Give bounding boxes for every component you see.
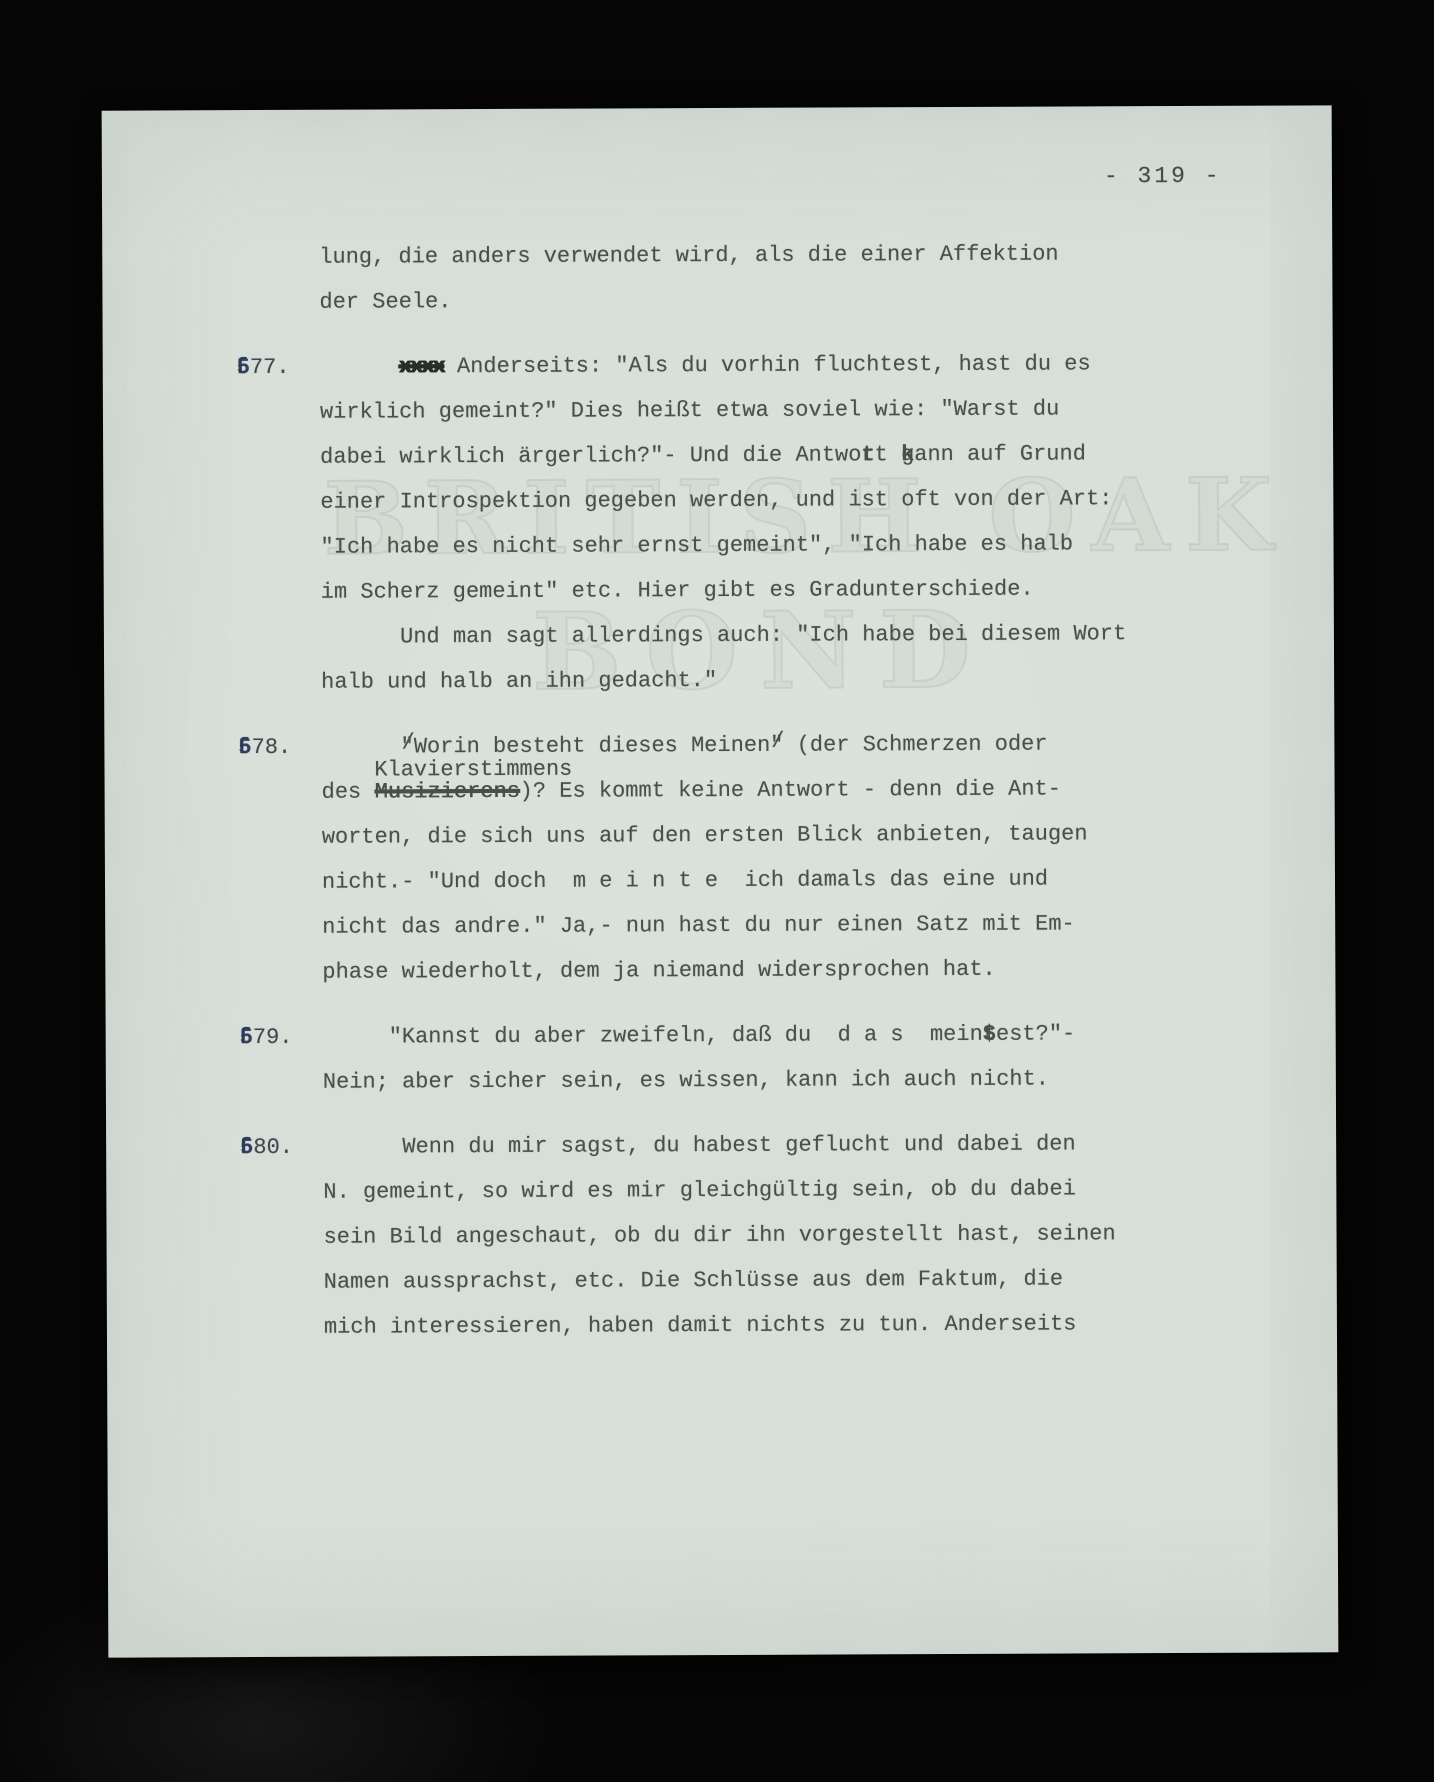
overstruck-char: 5ſ: [237, 345, 250, 390]
overlay-char: $: [983, 1012, 996, 1057]
overlay-char: ſ: [235, 345, 248, 390]
paragraph-78: 5ſ78."/Worin besteht dieses Meinen"/ (de…: [321, 720, 1322, 994]
text-line: sein Bild angeschaut, ob du dir ihn vorg…: [323, 1210, 1323, 1259]
typewritten-text: lung, die anders verwendet wird, als die…: [319, 230, 1324, 1349]
paragraph-79: 5ſ79."Kannst du aber zweifeln, daß du d …: [323, 1010, 1323, 1104]
text-run: )? Es kommt keine Antwort - denn die Ant…: [520, 777, 1061, 804]
section-number-77: 5ſ77.: [237, 345, 290, 390]
text-line: einer Introspektion gegeben werden, und …: [320, 475, 1320, 524]
text-run: t: [875, 442, 902, 467]
text-run: ann auf Grund: [914, 441, 1086, 467]
text-line: im Scherz gemeint" etc. Hier gibt es Gra…: [321, 565, 1321, 614]
text-line: nicht.- "Und doch m e i n t e ich damals…: [322, 855, 1322, 904]
typed-over-word: xxxx: [399, 354, 444, 379]
text-run: est?"-: [996, 1021, 1075, 1046]
text-line: "Kannst du aber zweifeln, daß du d a s m…: [323, 1010, 1323, 1059]
section-number-label: 80.: [253, 1135, 293, 1160]
text-run: Anderseits: "Als du vorhin fluchtest, ha…: [444, 351, 1091, 379]
text-line: Nein; aber sicher sein, es wissen, kann …: [323, 1055, 1323, 1104]
overlay-char: ſ: [238, 1125, 251, 1170]
overstruck-char: 5ſ: [240, 1015, 253, 1060]
text-run: dabei wirklich ärgerlich?"- Und die Antw…: [320, 442, 861, 469]
overlay-char: t: [861, 432, 874, 477]
section-number-label: 79.: [253, 1025, 293, 1050]
overlay-char: ſ: [238, 1015, 251, 1060]
text-run: des: [322, 780, 375, 805]
text-line: wirklich gemeint?" Dies heißt etwa sovie…: [320, 385, 1320, 434]
inserted-correction-line: Klavierstimmens: [374, 747, 572, 793]
text-line: halb und halb an ihn gedacht.": [321, 655, 1321, 704]
text-line: N. gemeint, so wird es mir gleichgültig …: [323, 1165, 1323, 1214]
overstruck-char: 5ſ: [240, 1125, 253, 1170]
text-run: (der Schmerzen oder: [783, 732, 1047, 758]
overlay-char: ſ: [236, 725, 249, 770]
page-number: - 319 -: [1104, 163, 1222, 190]
section-number-79: 5ſ79.: [240, 1015, 293, 1060]
scan-background: BRITISH OAK BOND - 319 - lung, die ander…: [0, 0, 1434, 1782]
overlay-char: /: [771, 719, 784, 764]
text-line: lung, die anders verwendet wird, als die…: [319, 230, 1319, 279]
text-line: Namen aussprachst, etc. Die Schlüsse aus…: [324, 1255, 1324, 1304]
paragraph-77: 5ſ77.xxxx Anderseits: "Als du vorhin flu…: [320, 340, 1322, 704]
overstruck-char: gk: [901, 432, 914, 477]
section-number-label: 77.: [250, 355, 290, 380]
text-line: worten, die sich uns auf den ersten Blic…: [322, 810, 1322, 859]
slashed-quote: "/: [770, 723, 783, 768]
overstruck-char: t$: [983, 1012, 996, 1057]
section-number-label: 78.: [252, 735, 292, 760]
text-line: phase wiederholt, dem ja niemand widersp…: [322, 945, 1322, 994]
text-line: mich interessieren, haben damit nichts z…: [324, 1300, 1324, 1349]
overstruck-char: rt: [861, 432, 874, 477]
text-line: der Seele.: [319, 275, 1319, 324]
text-line: nicht das andre." Ja,- nun hast du nur e…: [322, 900, 1322, 949]
section-number-78: 5ſ78.: [238, 725, 291, 770]
text-line: xxxx Anderseits: "Als du vorhin fluchtes…: [320, 340, 1320, 389]
text-line: Wenn du mir sagst, du habest geflucht un…: [323, 1120, 1323, 1169]
document-page: BRITISH OAK BOND - 319 - lung, die ander…: [102, 105, 1339, 1657]
text-line: Und man sagt allerdings auch: "Ich habe …: [321, 610, 1321, 659]
section-number-80: 5ſ80.: [240, 1125, 293, 1170]
text-run: "Kannst du aber zweifeln, daß du d a s m…: [389, 1022, 983, 1050]
paragraph-80: 5ſ80.Wenn du mir sagst, du habest gefluc…: [323, 1120, 1324, 1349]
overstruck-char: 5ſ: [238, 725, 251, 770]
overlay-char: k: [901, 432, 914, 477]
text-line: "Ich habe es nicht sehr ernst gemeint", …: [320, 520, 1320, 569]
text-line: dabei wirklich ärgerlich?"- Und die Antw…: [320, 430, 1320, 479]
paragraph-continuation: lung, die anders verwendet wird, als die…: [319, 230, 1319, 324]
